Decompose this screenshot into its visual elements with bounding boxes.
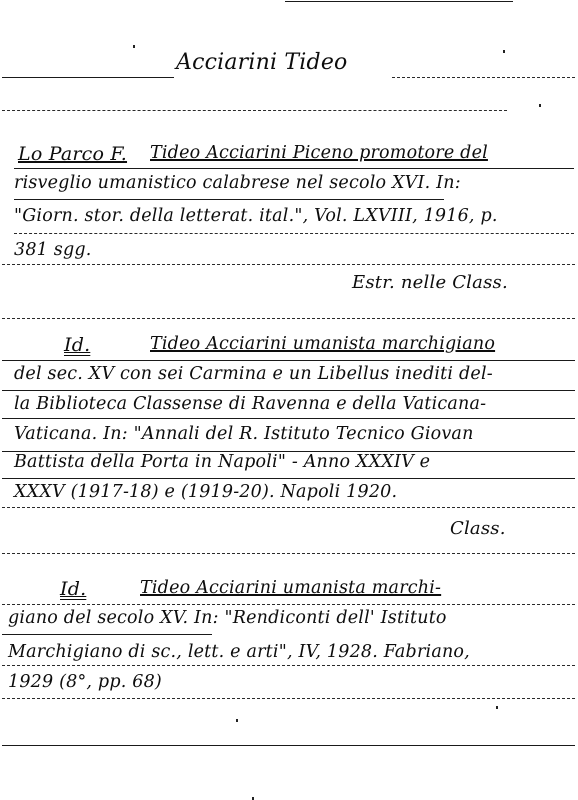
entry-2-line-3: la Biblioteca Classense di Ravenna e del… (14, 394, 486, 414)
entry-1-rule-1 (14, 168, 574, 169)
separator-rule-2 (2, 318, 575, 319)
entry-3-line-4: 1929 (8°, pp. 68) (8, 672, 162, 692)
scan-speck (496, 706, 498, 709)
entry-3-rule-1 (2, 604, 575, 605)
top-rule (285, 1, 513, 2)
entry-2-location-note: Class. (450, 518, 506, 539)
entry-3-author: Id. (60, 578, 86, 600)
entry-2-rule-5 (2, 478, 575, 479)
entry-2-line-2: del sec. XV con sei Carmina e un Libellu… (14, 364, 493, 384)
scan-speck (503, 50, 505, 53)
entry-1-author: Lo Parco F. (18, 143, 127, 165)
catalogue-card: Acciarini Tideo Lo Parco F. Tideo Acciar… (0, 0, 578, 800)
bottom-rule (2, 745, 575, 746)
card-heading: Acciarini Tideo (176, 50, 348, 75)
entry-1-line-4: 381 sgg. (14, 240, 92, 260)
entry-2-line-4: Vaticana. In: "Annali del R. Istituto Te… (14, 424, 474, 444)
separator-rule-3 (2, 553, 575, 554)
entry-2-rule-1 (2, 360, 575, 361)
entry-1-line-1: Tideo Acciarini Piceno promotore del (150, 143, 488, 163)
entry-1-line-2: risveglio umanistico calabrese nel secol… (14, 173, 461, 193)
entry-1-rule-4 (2, 264, 575, 265)
entry-2-rule-6 (2, 507, 575, 508)
entry-3-line-2: giano del secolo XV. In: "Rendiconti del… (8, 608, 447, 628)
entry-2-rule-3 (2, 418, 575, 419)
scan-speck (539, 104, 541, 107)
entry-1-location-note: Estr. nelle Class. (352, 272, 508, 293)
entry-3-line-3: Marchigiano di sc., lett. e arti", IV, 1… (8, 642, 470, 662)
separator-rule-1 (2, 110, 507, 111)
entry-2-line-5: Battista della Porta in Napoli" - Anno X… (14, 452, 430, 472)
entry-1-line-3: "Giorn. stor. della letterat. ital.", Vo… (14, 206, 498, 226)
entry-1-rule-2 (14, 199, 444, 200)
scan-speck (236, 719, 238, 722)
heading-rule-left (2, 77, 174, 78)
scan-speck (133, 45, 135, 48)
entry-2-line-6: XXXV (1917-18) e (1919-20). Napoli 1920. (14, 482, 397, 502)
entry-2-line-1: Tideo Acciarini umanista marchigiano (150, 334, 495, 354)
entry-2-author: Id. (64, 334, 90, 356)
entry-3-rule-2 (2, 634, 212, 635)
entry-1-rule-3 (14, 233, 574, 234)
entry-3-rule-4 (2, 698, 575, 699)
heading-rule-right (392, 77, 575, 78)
entry-3-line-1: Tideo Acciarini umanista marchi- (140, 578, 441, 598)
entry-2-rule-2 (2, 390, 575, 391)
entry-3-rule-3 (2, 665, 575, 666)
